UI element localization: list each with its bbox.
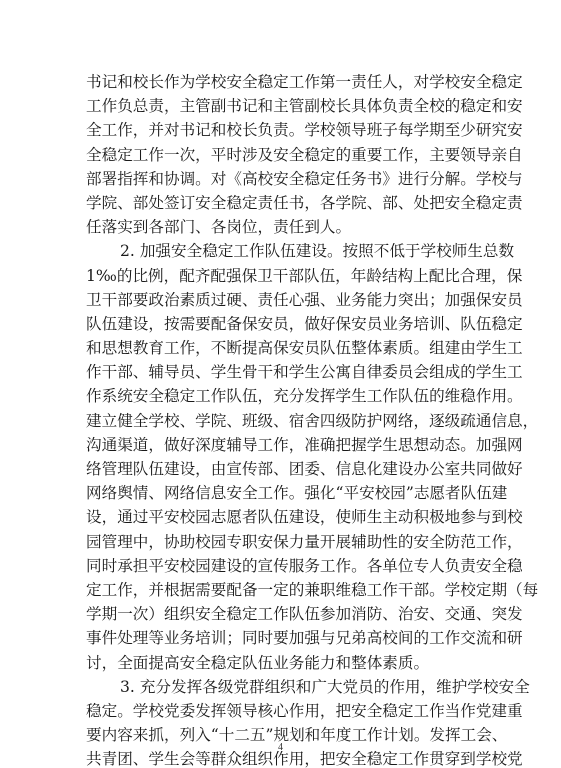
text-line: 全工作，并对书记和校长负责。学校领导班子每学期至少研究安 xyxy=(86,118,478,142)
text-line: 事件处理等业务培训；同时要加强与兄弟高校间的工作交流和研 xyxy=(86,626,478,650)
text-line: 书记和校长作为学校安全稳定工作第一责任人，对学校安全稳定 xyxy=(86,70,478,94)
text-line: 全稳定工作一次，平时涉及安全稳定的重要工作，主要领导亲自 xyxy=(86,143,478,167)
text-line: 3. 充分发挥各级党群组织和广大党员的作用，维护学校安全 xyxy=(86,675,478,699)
text-line: 定工作，并根据需要配备一定的兼职维稳工作干部。学校定期（每 xyxy=(86,578,478,602)
text-line: 建立健全学校、学院、班级、宿舍四级防护网络，逐级疏通信息， xyxy=(86,409,478,433)
text-line: 设，通过平安校园志愿者队伍建设，使师生主动积极地参与到校 xyxy=(86,505,478,529)
text-line: 2. 加强安全稳定工作队伍建设。按照不低于学校师生总数 xyxy=(86,239,478,263)
text-line: 作系统安全稳定工作队伍，充分发挥学生工作队伍的维稳作用。 xyxy=(86,384,478,408)
text-line: 任落实到各部门、各岗位，责任到人。 xyxy=(86,215,478,239)
text-line: 和思想教育工作，不断提高保安员队伍整体素质。组建由学生工 xyxy=(86,336,478,360)
text-line: 稳定。学校党委发挥领导核心作用，把安全稳定工作当作党建重 xyxy=(86,699,478,723)
page-number: 4 xyxy=(0,742,561,753)
text-line: 园管理中，协助校园专职安保力量开展辅助性的安全防范工作， xyxy=(86,530,478,554)
text-line: 讨，全面提高安全稳定队伍业务能力和整体素质。 xyxy=(86,651,478,675)
text-line: 络管理队伍建设，由宣传部、团委、信息化建设办公室共同做好 xyxy=(86,457,478,481)
text-line: 学期一次）组织安全稳定工作队伍参加消防、治安、交通、突发 xyxy=(86,602,478,626)
text-line: 网络舆情、网络信息安全工作。强化“平安校园”志愿者队伍建 xyxy=(86,481,478,505)
text-line: 卫干部要政治素质过硬、责任心强、业务能力突出；加强保安员 xyxy=(86,288,478,312)
text-line: 工作负总责，主管副书记和主管副校长具体负责全校的稳定和安 xyxy=(86,94,478,118)
text-line: 作干部、辅导员、学生骨干和学生公寓自律委员会组成的学生工 xyxy=(86,360,478,384)
text-line: 学院、部处签订安全稳定责任书，各学院、部、处把安全稳定责 xyxy=(86,191,478,215)
text-line: 队伍建设，按需要配备保安员，做好保安员业务培训、队伍稳定 xyxy=(86,312,478,336)
body-text: 书记和校长作为学校安全稳定工作第一责任人，对学校安全稳定工作负总责，主管副书记和… xyxy=(86,70,478,768)
text-line: 部署指挥和协调。对《高校安全稳定任务书》进行分解。学校与 xyxy=(86,167,478,191)
text-line: 沟通渠道，做好深度辅导工作，准确把握学生思想动态。加强网 xyxy=(86,433,478,457)
text-line: 同时承担平安校园建设的宣传服务工作。各单位专人负责安全稳 xyxy=(86,554,478,578)
document-page: 书记和校长作为学校安全稳定工作第一责任人，对学校安全稳定工作负总责，主管副书记和… xyxy=(0,0,561,768)
text-line: 1‰的比例，配齐配强保卫干部队伍，年龄结构上配比合理，保 xyxy=(86,264,478,288)
